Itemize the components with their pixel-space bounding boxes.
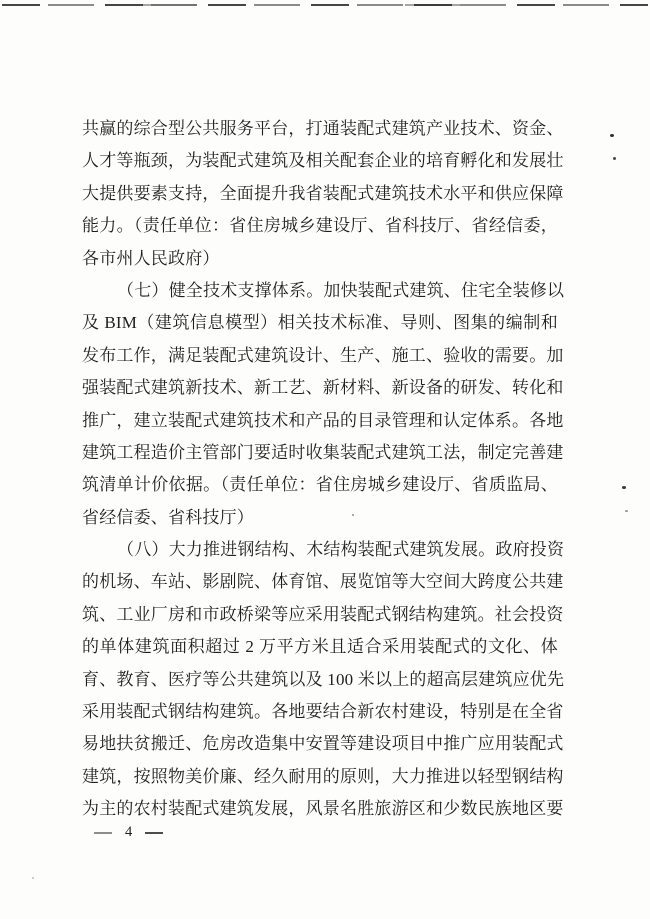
text-line: 采用装配式钢结构建筑。各地要结合新农村建设，特别是在全省: [82, 696, 558, 728]
text-line: 各市州人民政府）: [82, 243, 558, 275]
scan-speck: [622, 486, 626, 489]
footer-page-number: 4: [94, 822, 163, 842]
text-line: 育、教育、医疗等公共建筑以及 100 米以上的超高层建筑应优先: [82, 664, 558, 696]
text-line: 筑清单计价依据。（责任单位：省住房城乡建设厅、省质监局、: [82, 469, 558, 501]
text-line: 推广，建立装配式建筑技术和产品的目录管理和认定体系。各地: [82, 405, 558, 437]
text-line: 人才等瓶颈，为装配式建筑及相关配套企业的培育孵化和发展壮: [82, 145, 558, 177]
text-line: 省经信委、省科技厅）: [82, 502, 558, 534]
text-line: 的机场、车站、影剧院、体育馆、展览馆等大空间大跨度公共建: [82, 566, 558, 598]
scan-speck: [32, 877, 34, 879]
text-line: 为主的农村装配式建筑发展，风景名胜旅游区和少数民族地区要: [82, 793, 558, 825]
document-page: 共赢的综合型公共服务平台，打通装配式建筑产业技术、资金、人才等瓶颈，为装配式建筑…: [0, 0, 650, 919]
text-block: 共赢的综合型公共服务平台，打通装配式建筑产业技术、资金、人才等瓶颈，为装配式建筑…: [82, 113, 558, 826]
text-line: 大提供要素支持，全面提升我省装配式建筑技术水平和供应保障: [82, 178, 558, 210]
text-line: 共赢的综合型公共服务平台，打通装配式建筑产业技术、资金、: [82, 113, 558, 145]
text-line: 发布工作，满足装配式建筑设计、生产、施工、验收的需要。加: [82, 340, 558, 372]
text-line: 强装配式建筑新技术、新工艺、新材料、新设备的研发、转化和: [82, 372, 558, 404]
text-line: 的单体建筑面积超过 2 万平方米且适合采用装配式的文化、体: [82, 631, 558, 663]
footer-page-number-value: 4: [112, 824, 145, 841]
text-line: 能力。（责任单位：省住房城乡建设厅、省科技厅、省经信委，: [82, 210, 558, 242]
paragraph: （八）大力推进钢结构、木结构装配式建筑发展。政府投资的机场、车站、影剧院、体育馆…: [82, 534, 558, 826]
scan-speck: [625, 510, 628, 512]
footer-dash-right: [145, 832, 163, 834]
scan-speck: [352, 514, 354, 516]
scan-speck: [610, 134, 614, 137]
text-line: 建筑工程造价主管部门要适时收集装配式建筑工法，制定完善建: [82, 437, 558, 469]
scan-artifact-top-line: [2, 4, 648, 6]
text-line: 及 BIM（建筑信息模型）相关技术标准、导则、图集的编制和: [82, 307, 558, 339]
paragraph: 共赢的综合型公共服务平台，打通装配式建筑产业技术、资金、人才等瓶颈，为装配式建筑…: [82, 113, 558, 275]
text-line: 易地扶贫搬迁、危房改造集中安置等建设项目中推广应用装配式: [82, 728, 558, 760]
paragraph: （七）健全技术支撑体系。加快装配式建筑、住宅全装修以及 BIM（建筑信息模型）相…: [82, 275, 558, 534]
footer-dash-left: [94, 832, 112, 834]
text-line: （八）大力推进钢结构、木结构装配式建筑发展。政府投资: [82, 534, 558, 566]
text-line: （七）健全技术支撑体系。加快装配式建筑、住宅全装修以: [82, 275, 558, 307]
text-line: 建筑，按照物美价廉、经久耐用的原则，大力推进以轻型钢结构: [82, 761, 558, 793]
text-line: 筑、工业厂房和市政桥梁等应采用装配式钢结构建筑。社会投资: [82, 599, 558, 631]
scan-speck: [613, 157, 616, 160]
